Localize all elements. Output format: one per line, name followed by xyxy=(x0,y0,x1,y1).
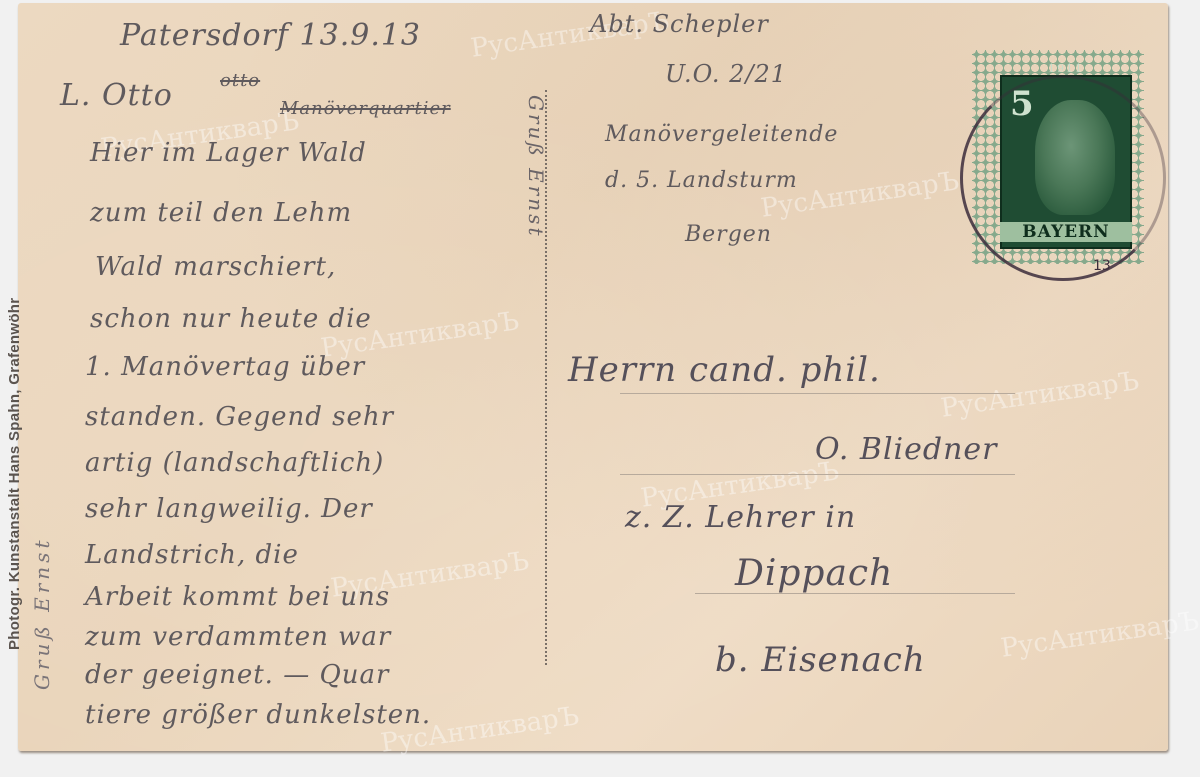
margin-note: Gruß Ernst xyxy=(30,537,54,690)
sender-line: U.O. 2/21 xyxy=(665,60,787,88)
message-line: Arbeit kommt bei uns xyxy=(85,582,390,612)
address-rule xyxy=(620,393,1015,394)
message-line: zum teil den Lehm xyxy=(90,198,352,228)
sender-line: d. 5. Landsturm xyxy=(605,168,798,193)
message-line: Landstrich, die xyxy=(85,540,299,570)
message-line: zum verdammten war xyxy=(85,622,391,652)
address-line: Herrn cand. phil. xyxy=(568,350,881,390)
message-line: schon nur heute die xyxy=(90,304,372,334)
place-date: Patersdorf 13.9.13 xyxy=(120,18,421,53)
address-line: z. Z. Lehrer in xyxy=(625,500,856,535)
message-line: Hier im Lager Wald xyxy=(90,138,367,168)
struck-text: Manöverquartier xyxy=(280,98,451,119)
message-line: Wald marschiert, xyxy=(95,252,336,282)
salutation: L. Otto xyxy=(60,78,173,113)
postmark-year: 13 xyxy=(1093,258,1111,274)
address-line: b. Eisenach xyxy=(715,640,926,680)
message-line: sehr langweilig. Der xyxy=(85,494,373,524)
publisher-imprint: Photogr. Kunstanstalt Hans Spahn, Grafen… xyxy=(6,298,23,650)
sideways-note: Gruß Ernst xyxy=(524,95,548,238)
message-line: tiere größer dunkelsten. xyxy=(85,700,431,730)
message-line: 1. Manövertag über xyxy=(85,352,365,382)
message-line: artig (landschaftlich) xyxy=(85,448,384,478)
postmark-circle xyxy=(960,75,1166,281)
message-line: der geeignet. — Quar xyxy=(85,660,389,690)
address-line: O. Bliedner xyxy=(815,432,998,467)
message-line: standen. Gegend sehr xyxy=(85,402,394,432)
address-rule xyxy=(620,474,1015,475)
address-line: Dippach xyxy=(735,553,893,594)
struck-text: otto xyxy=(220,70,260,91)
sender-line: Bergen xyxy=(685,222,772,247)
stamp-year: 1911 xyxy=(1000,62,1132,75)
sender-line: Manövergeleitende xyxy=(605,122,838,147)
sender-line: Abt. Schepler xyxy=(590,10,769,38)
